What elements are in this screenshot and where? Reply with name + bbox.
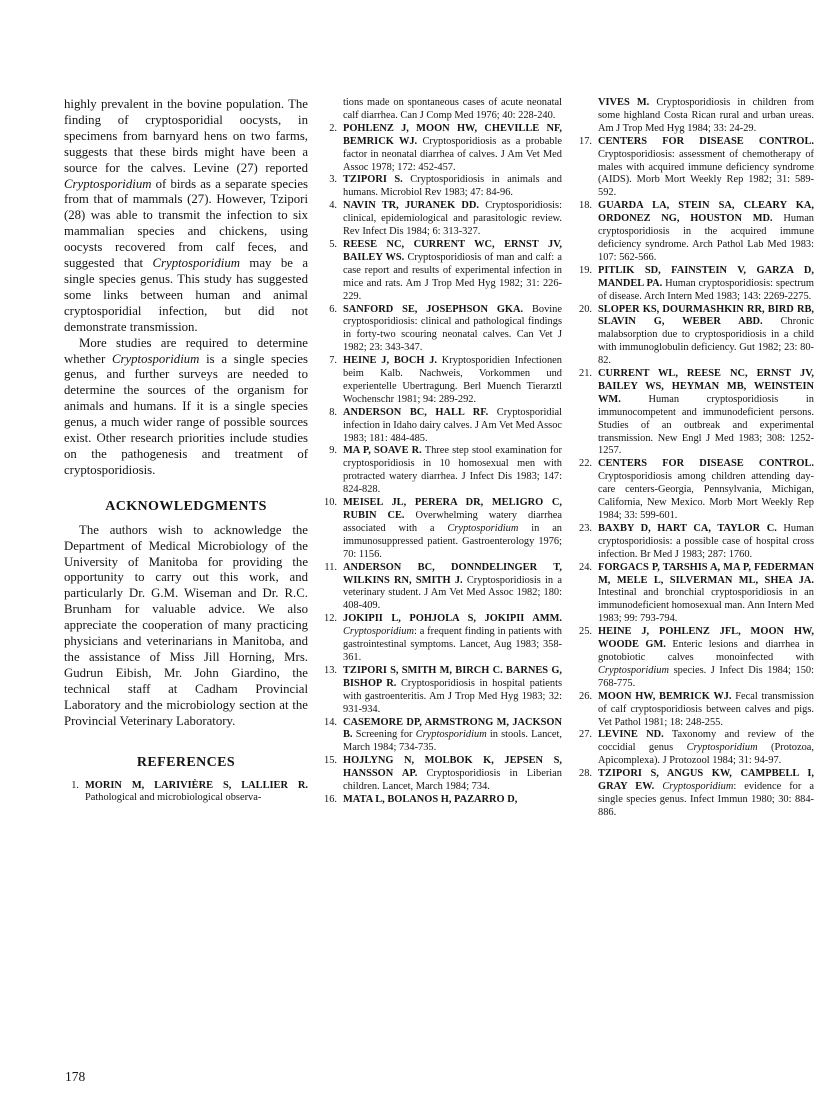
reference-text: NAVIN TR, JURANEK DD. Cryptosporidiosis:…	[343, 200, 562, 237]
references-left: 1. MORIN M, LARIVIÈRE S, LALLIER R. Path…	[64, 780, 308, 806]
references-middle: tions made on spontaneous cases of acute…	[322, 97, 562, 807]
reference-text: MOON HW, BEMRICK WJ. Fecal transmission …	[598, 691, 814, 728]
reference-number: 23.	[577, 523, 592, 536]
reference-item: 14. CASEMORE DP, ARMSTRONG M, JACKSON B.…	[322, 717, 562, 756]
reference-item: VIVES M. Cryptosporidiosis in children f…	[577, 97, 814, 136]
reference-item: 8. ANDERSON BC, HALL RF. Cryptosporidial…	[322, 407, 562, 446]
reference-number: 11.	[322, 562, 337, 575]
reference-text: BAXBY D, HART CA, TAYLOR C. Human crypto…	[598, 523, 814, 560]
reference-number: 22.	[577, 458, 592, 471]
reference-item: 1. MORIN M, LARIVIÈRE S, LALLIER R. Path…	[64, 780, 308, 806]
reference-text: CASEMORE DP, ARMSTRONG M, JACKSON B. Scr…	[343, 717, 562, 754]
reference-item: 27. LEVINE ND. Taxonomy and review of th…	[577, 729, 814, 768]
reference-number: 4.	[322, 200, 337, 213]
reference-item: 28. TZIPORI S, ANGUS KW, CAMPBELL I, GRA…	[577, 768, 814, 820]
reference-number: 15.	[322, 755, 337, 768]
reference-text: CURRENT WL, REESE NC, ERNST JV, BAILEY W…	[598, 368, 814, 456]
reference-text: POHLENZ J, MOON HW, CHEVILLE NF, BEMRICK…	[343, 123, 562, 173]
reference-number: 3.	[322, 174, 337, 187]
reference-number: 5.	[322, 239, 337, 252]
reference-number: 13.	[322, 665, 337, 678]
reference-item: tions made on spontaneous cases of acute…	[322, 97, 562, 123]
reference-item: 18. GUARDA LA, STEIN SA, CLEARY KA, ORDO…	[577, 200, 814, 265]
reference-item: 24. FORGACS P, TARSHIS A, MA P, FEDERMAN…	[577, 562, 814, 627]
reference-number: 18.	[577, 200, 592, 213]
reference-item: 11. ANDERSON BC, DONNDELINGER T, WILKINS…	[322, 562, 562, 614]
journal-article-page: highly prevalent in the bovine populatio…	[0, 0, 816, 1104]
reference-item: 17. CENTERS FOR DISEASE CONTROL. Cryptos…	[577, 136, 814, 201]
page-number: 178	[65, 1069, 85, 1085]
reference-text: SLOPER KS, DOURMASHKIN RR, BIRD RB, SLAV…	[598, 304, 814, 367]
reference-text: TZIPORI S, ANGUS KW, CAMPBELL I, GRAY EW…	[598, 768, 814, 818]
reference-item: 3. TZIPORI S. Cryptosporidiosis in anima…	[322, 174, 562, 200]
reference-item: 6. SANFORD SE, JOSEPHSON GKA. Bovine cry…	[322, 304, 562, 356]
reference-text: REESE NC, CURRENT WC, ERNST JV, BAILEY W…	[343, 239, 562, 302]
reference-item: 7. HEINE J, BOCH J. Kryptosporidien Infe…	[322, 355, 562, 407]
references-right: VIVES M. Cryptosporidiosis in children f…	[577, 97, 814, 820]
right-column: VIVES M. Cryptosporidiosis in children f…	[577, 97, 814, 820]
reference-item: 25. HEINE J, POHLENZ JFL, MOON HW, WOODE…	[577, 626, 814, 691]
acknowledgments-text: The authors wish to acknowledge the Depa…	[64, 523, 308, 730]
reference-number: 28.	[577, 768, 592, 781]
reference-item: 20. SLOPER KS, DOURMASHKIN RR, BIRD RB, …	[577, 304, 814, 369]
reference-number: 25.	[577, 626, 592, 639]
reference-number: 27.	[577, 729, 592, 742]
reference-number: 9.	[322, 445, 337, 458]
references-heading: REFERENCES	[64, 755, 308, 771]
body-text: highly prevalent in the bovine populatio…	[64, 97, 308, 479]
reference-number: 10.	[322, 497, 337, 510]
reference-item: 21. CURRENT WL, REESE NC, ERNST JV, BAIL…	[577, 368, 814, 458]
reference-text: MEISEL JL, PERERA DR, MELIGRO C, RUBIN C…	[343, 497, 562, 560]
reference-number: 2.	[322, 123, 337, 136]
reference-item: 4. NAVIN TR, JURANEK DD. Cryptosporidios…	[322, 200, 562, 239]
reference-item: 10. MEISEL JL, PERERA DR, MELIGRO C, RUB…	[322, 497, 562, 562]
reference-item: 2. POHLENZ J, MOON HW, CHEVILLE NF, BEMR…	[322, 123, 562, 175]
reference-text: HOJLYNG N, MOLBOK K, JEPSEN S, HANSSON A…	[343, 755, 562, 792]
reference-item: 26. MOON HW, BEMRICK WJ. Fecal transmiss…	[577, 691, 814, 730]
reference-text: MA P, SOAVE R. Three step stool examinat…	[343, 445, 562, 495]
reference-item: 22. CENTERS FOR DISEASE CONTROL. Cryptos…	[577, 458, 814, 523]
reference-number: 12.	[322, 613, 337, 626]
reference-number: 14.	[322, 717, 337, 730]
reference-number: 24.	[577, 562, 592, 575]
reference-item: 19. PITLIK SD, FAINSTEIN V, GARZA D, MAN…	[577, 265, 814, 304]
reference-text: CENTERS FOR DISEASE CONTROL. Cryptospori…	[598, 458, 814, 521]
reference-item: 12. JOKIPII L, POHJOLA S, JOKIPII AMM. C…	[322, 613, 562, 665]
reference-number: 16.	[322, 794, 337, 807]
reference-text: ANDERSON BC, HALL RF. Cryptosporidial in…	[343, 407, 562, 444]
reference-text: GUARDA LA, STEIN SA, CLEARY KA, ORDONEZ …	[598, 200, 814, 263]
reference-item: 9. MA P, SOAVE R. Three step stool exami…	[322, 445, 562, 497]
paragraph: highly prevalent in the bovine populatio…	[64, 97, 308, 336]
reference-item: 15. HOJLYNG N, MOLBOK K, JEPSEN S, HANSS…	[322, 755, 562, 794]
reference-item: 16. MATA L, BOLANOS H, PAZARRO D,	[322, 794, 562, 807]
reference-text: HEINE J, BOCH J. Kryptosporidien Infecti…	[343, 355, 562, 405]
reference-number: 8.	[322, 407, 337, 420]
reference-number: 1.	[64, 780, 79, 793]
reference-number: 26.	[577, 691, 592, 704]
reference-text: SANFORD SE, JOSEPHSON GKA. Bovine crypto…	[343, 304, 562, 354]
reference-text: LEVINE ND. Taxonomy and review of the co…	[598, 729, 814, 766]
reference-item: 5. REESE NC, CURRENT WC, ERNST JV, BAILE…	[322, 239, 562, 304]
reference-item: 23. BAXBY D, HART CA, TAYLOR C. Human cr…	[577, 523, 814, 562]
reference-number: 17.	[577, 136, 592, 149]
paragraph: The authors wish to acknowledge the Depa…	[64, 523, 308, 730]
left-column: highly prevalent in the bovine populatio…	[64, 97, 308, 805]
reference-item: 13. TZIPORI S, SMITH M, BIRCH C. BARNES …	[322, 665, 562, 717]
reference-number: 20.	[577, 304, 592, 317]
reference-number: 6.	[322, 304, 337, 317]
middle-column: tions made on spontaneous cases of acute…	[322, 97, 562, 807]
reference-text: TZIPORI S. Cryptosporidiosis in animals …	[343, 174, 562, 198]
reference-text: JOKIPII L, POHJOLA S, JOKIPII AMM. Crypt…	[343, 613, 562, 663]
reference-number: 7.	[322, 355, 337, 368]
paragraph: More studies are required to determine w…	[64, 336, 308, 479]
reference-text: tions made on spontaneous cases of acute…	[343, 97, 562, 121]
reference-text: TZIPORI S, SMITH M, BIRCH C. BARNES G, B…	[343, 665, 562, 715]
reference-text: MATA L, BOLANOS H, PAZARRO D,	[343, 794, 517, 805]
reference-text: CENTERS FOR DISEASE CONTROL. Cryptospori…	[598, 136, 814, 199]
reference-number: 19.	[577, 265, 592, 278]
reference-text: FORGACS P, TARSHIS A, MA P, FEDERMAN M, …	[598, 562, 814, 625]
reference-text: PITLIK SD, FAINSTEIN V, GARZA D, MANDEL …	[598, 265, 814, 302]
reference-text: ANDERSON BC, DONNDELINGER T, WILKINS RN,…	[343, 562, 562, 612]
reference-text: HEINE J, POHLENZ JFL, MOON HW, WOODE GM.…	[598, 626, 814, 689]
acknowledgments-heading: ACKNOWLEDGMENTS	[64, 499, 308, 515]
reference-text: MORIN M, LARIVIÈRE S, LALLIER R. Patholo…	[85, 780, 308, 804]
reference-number: 21.	[577, 368, 592, 381]
reference-text: VIVES M. Cryptosporidiosis in children f…	[598, 97, 814, 134]
